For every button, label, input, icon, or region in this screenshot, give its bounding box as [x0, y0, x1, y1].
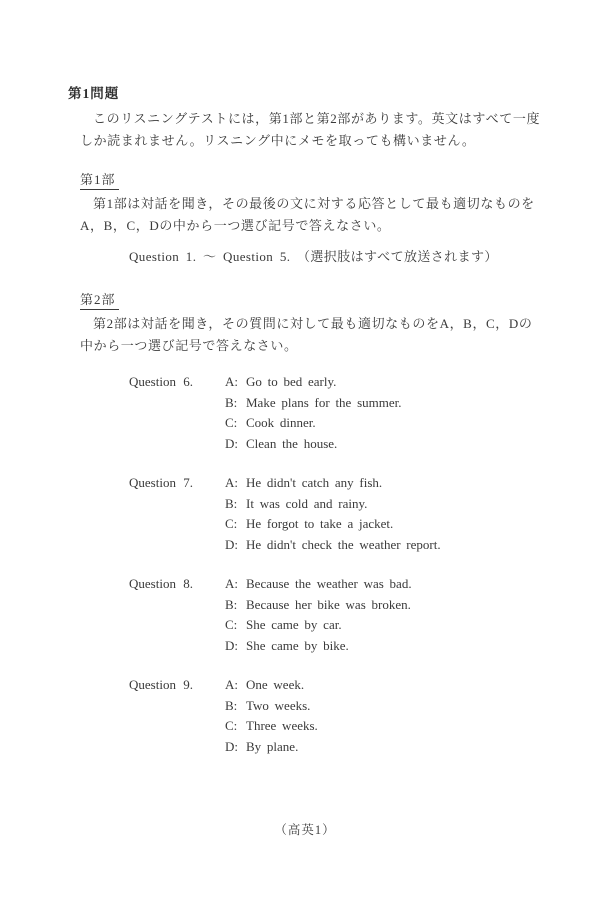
- option-letter: B:: [225, 595, 246, 616]
- exam-page: 第1問題 このリスニングテストには，第1部と第2部があります。英文はすべて一度し…: [0, 0, 600, 900]
- option-text: Clean the house.: [246, 436, 337, 451]
- option-letter: D:: [225, 434, 246, 455]
- option-letter: D:: [225, 737, 246, 758]
- problem-heading: 第1問題: [68, 86, 600, 102]
- question-options: A:Go to bed early. B:Make plans for the …: [225, 372, 402, 454]
- question-label: Question 9.: [129, 675, 225, 757]
- option-text: Two weeks.: [246, 698, 310, 713]
- part2-heading-text: 第2部: [80, 292, 119, 310]
- option-row: D:He didn't check the weather report.: [225, 535, 441, 556]
- option-letter: B:: [225, 494, 246, 515]
- option-row: C:Cook dinner.: [225, 413, 402, 434]
- option-letter: A:: [225, 372, 246, 393]
- option-text: She came by bike.: [246, 638, 349, 653]
- option-row: D:By plane.: [225, 737, 318, 758]
- question-label: Question 6.: [129, 372, 225, 454]
- option-text: Because her bike was broken.: [246, 597, 411, 612]
- option-letter: C:: [225, 716, 246, 737]
- option-text: Cook dinner.: [246, 415, 316, 430]
- part2-instructions: 第2部は対話を聞き，その質問に対して最も適切なものをA，B，C，Dの中から一つ選…: [80, 313, 542, 357]
- option-row: A:Go to bed early.: [225, 372, 402, 393]
- option-text: It was cold and rainy.: [246, 496, 367, 511]
- option-text: Make plans for the summer.: [246, 395, 402, 410]
- option-row: D:She came by bike.: [225, 636, 412, 657]
- option-letter: D:: [225, 535, 246, 556]
- question-label: Question 7.: [129, 473, 225, 555]
- question-options: A:One week. B:Two weeks. C:Three weeks. …: [225, 675, 318, 757]
- question-options: A:Because the weather was bad. B:Because…: [225, 574, 412, 656]
- option-letter: B:: [225, 696, 246, 717]
- option-text: She came by car.: [246, 617, 342, 632]
- part1-heading-text: 第1部: [80, 172, 119, 190]
- question-block-9: Question 9. A:One week. B:Two weeks. C:T…: [129, 675, 600, 757]
- option-letter: B:: [225, 393, 246, 414]
- option-letter: C:: [225, 413, 246, 434]
- option-text: By plane.: [246, 739, 298, 754]
- question-list: Question 6. A:Go to bed early. B:Make pl…: [0, 372, 600, 757]
- option-row: B:Two weeks.: [225, 696, 318, 717]
- option-text: One week.: [246, 677, 304, 692]
- option-text: Go to bed early.: [246, 374, 336, 389]
- option-row: C:He forgot to take a jacket.: [225, 514, 441, 535]
- question-block-7: Question 7. A:He didn't catch any fish. …: [129, 473, 600, 555]
- part1-question-range-note: Question 1. ～ Question 5. （選択肢はすべて放送されます…: [129, 246, 600, 268]
- option-letter: A:: [225, 473, 246, 494]
- option-row: C:She came by car.: [225, 615, 412, 636]
- question-block-6: Question 6. A:Go to bed early. B:Make pl…: [129, 372, 600, 454]
- option-row: B:It was cold and rainy.: [225, 494, 441, 515]
- intro-paragraph: このリスニングテストには，第1部と第2部があります。英文はすべて一度しか読まれま…: [80, 108, 542, 152]
- question-label: Question 8.: [129, 574, 225, 656]
- option-letter: A:: [225, 675, 246, 696]
- question-block-8: Question 8. A:Because the weather was ba…: [129, 574, 600, 656]
- option-row: B:Because her bike was broken.: [225, 595, 412, 616]
- option-text: Three weeks.: [246, 718, 318, 733]
- part1-heading: 第1部: [80, 172, 600, 190]
- option-text: Because the weather was bad.: [246, 576, 412, 591]
- option-letter: D:: [225, 636, 246, 657]
- option-row: D:Clean the house.: [225, 434, 402, 455]
- option-text: He didn't check the weather report.: [246, 537, 441, 552]
- part1-instructions: 第1部は対話を聞き，その最後の文に対する応答として最も適切なものをA，B，C，D…: [80, 193, 542, 237]
- option-row: A:One week.: [225, 675, 318, 696]
- page-footer: （高英1）: [0, 820, 600, 838]
- option-text: He forgot to take a jacket.: [246, 516, 393, 531]
- option-row: C:Three weeks.: [225, 716, 318, 737]
- option-letter: C:: [225, 514, 246, 535]
- option-letter: A:: [225, 574, 246, 595]
- option-row: B:Make plans for the summer.: [225, 393, 402, 414]
- question-options: A:He didn't catch any fish. B:It was col…: [225, 473, 441, 555]
- option-letter: C:: [225, 615, 246, 636]
- option-row: A:Because the weather was bad.: [225, 574, 412, 595]
- option-text: He didn't catch any fish.: [246, 475, 382, 490]
- part2-heading: 第2部: [80, 292, 600, 310]
- option-row: A:He didn't catch any fish.: [225, 473, 441, 494]
